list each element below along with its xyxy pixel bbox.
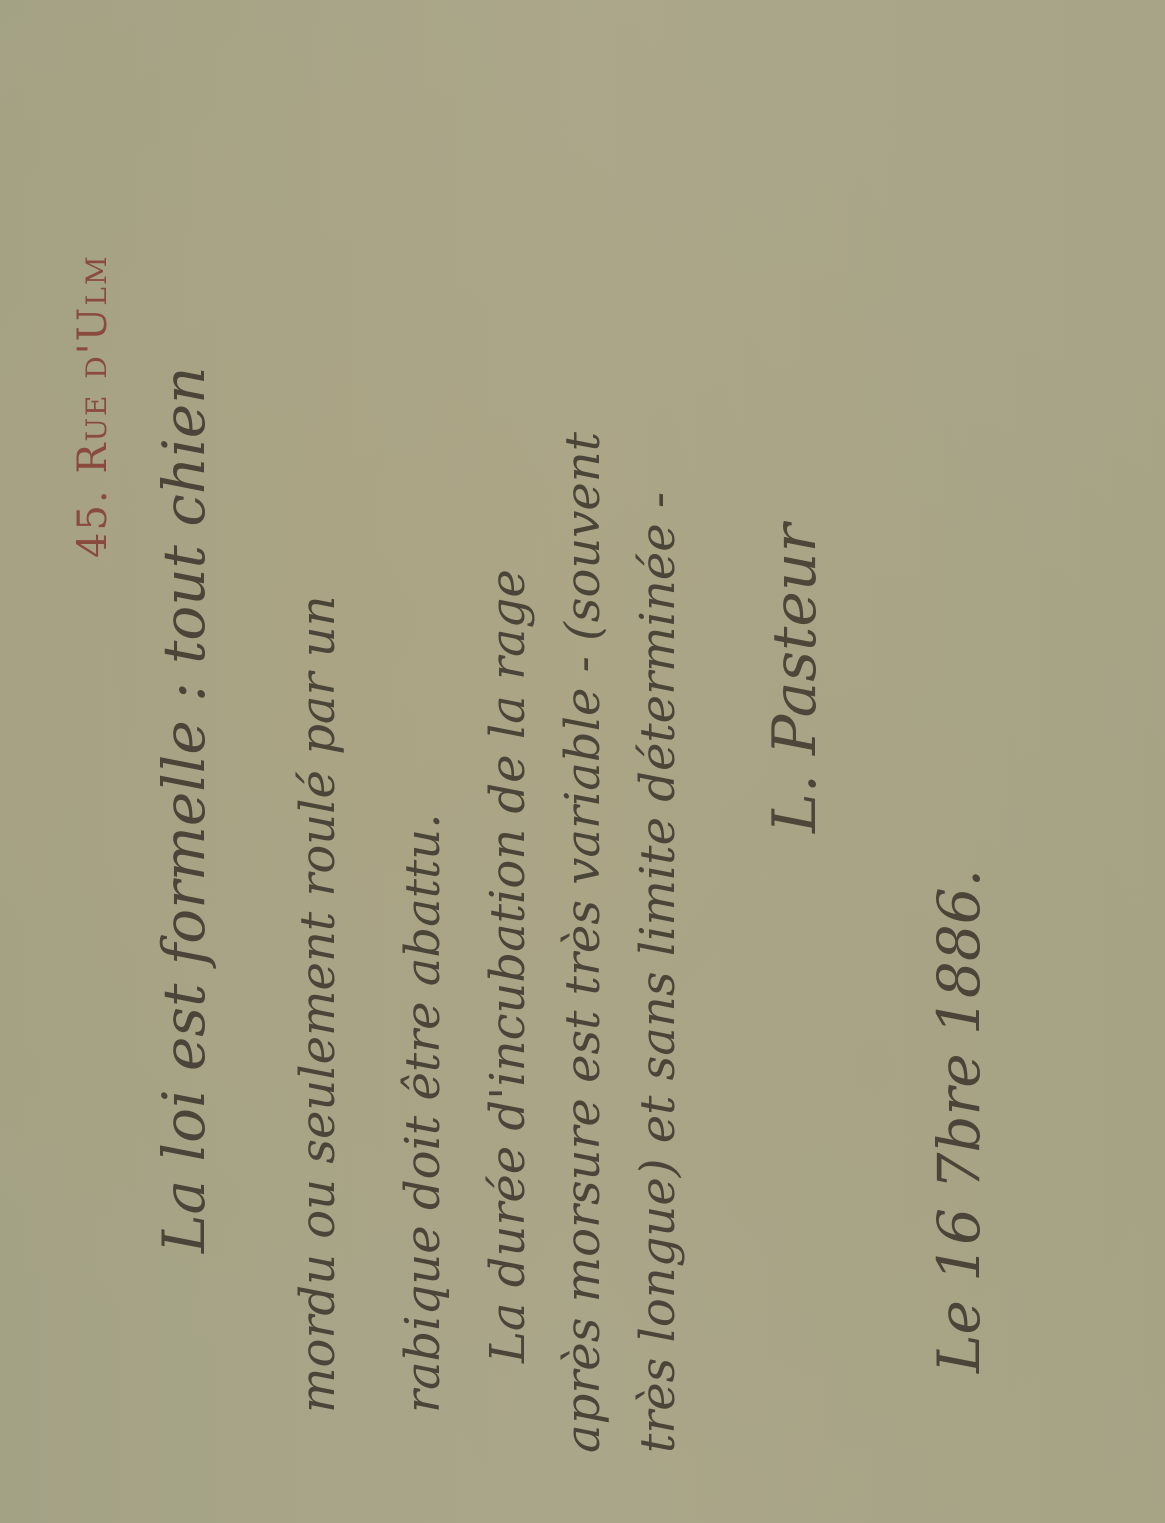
letter-line-5: après morsure est très variable - (souve… — [555, 432, 611, 1453]
letterhead-address: 45. Rue d'Ulm — [70, 254, 116, 558]
letter-line-4: La durée d'incubation de la rage — [480, 569, 536, 1363]
letter-line-1: La loi est formelle : tout chien — [150, 367, 218, 1253]
letter-line-6: très longue) et sans limite déterminée - — [630, 492, 686, 1453]
letter-date: Le 16 7bre 1886. — [925, 869, 993, 1373]
letter-sheet: 45. Rue d'Ulm La loi est formelle : tout… — [0, 0, 1165, 1523]
letter-line-2: mordu ou seulement roulé par un — [290, 595, 346, 1413]
letter-line-3: rabique doit être abattu. — [395, 814, 451, 1413]
signature: L. Pasteur — [760, 524, 830, 833]
